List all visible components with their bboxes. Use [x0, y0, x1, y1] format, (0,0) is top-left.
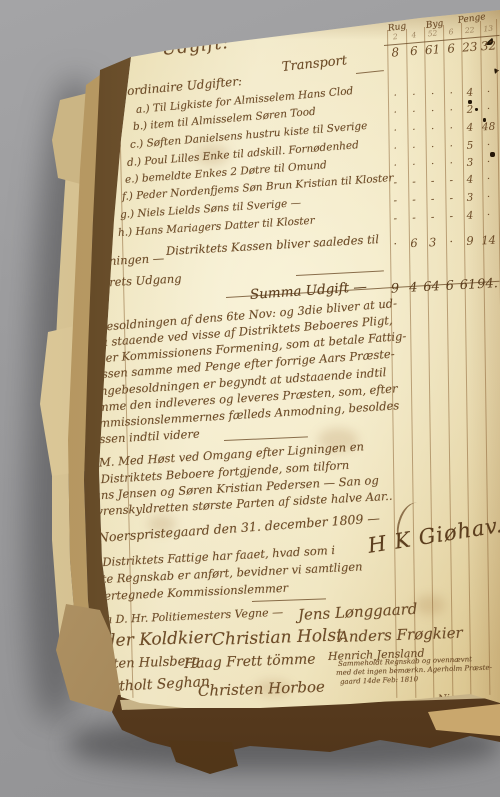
value-cell: 32	[479, 38, 499, 53]
value-cell: ·	[404, 89, 423, 102]
value-cell: -	[442, 210, 461, 223]
value-cell: ·	[479, 173, 498, 186]
value-cell: 4	[460, 209, 479, 222]
value-cell: 6	[440, 278, 459, 294]
value-cell: ·	[386, 142, 405, 155]
value-cell: ·	[386, 106, 405, 119]
value-cell: -	[423, 211, 442, 224]
value-cell: -	[386, 212, 405, 225]
value-cell: 23	[460, 40, 480, 55]
value-cell: ·	[479, 191, 498, 204]
value-cell: ·	[479, 156, 498, 169]
value-cell: ·	[442, 140, 461, 153]
value-cell: ·	[404, 106, 423, 119]
value-cell: ·	[404, 124, 423, 137]
value-cell: ·	[423, 123, 442, 136]
value-cell: 4	[460, 173, 479, 186]
value-cell: 9	[386, 281, 405, 297]
value-cell: ·	[479, 103, 498, 116]
value-cell: 4	[404, 280, 423, 296]
value-cell: -	[386, 194, 405, 207]
value-cell: -	[404, 176, 423, 189]
value-cell: 94.	[477, 276, 498, 292]
value-cell: ·	[404, 142, 423, 155]
value-cell: 8	[386, 45, 406, 60]
value-cell: -	[423, 193, 442, 206]
value-cell: 6	[404, 43, 424, 58]
value-cell: ·	[423, 141, 442, 154]
value-cell: ·	[442, 234, 461, 249]
value-cell: 61	[423, 42, 443, 57]
value-cell: ·	[442, 104, 461, 117]
value-cell: ·	[442, 87, 461, 100]
photo-of-ledger-page: Udgift: Transport Rug Byg Penge 24526221…	[0, 0, 500, 797]
value-cell: 5	[460, 139, 479, 152]
value-cell: ·	[479, 139, 498, 152]
value-cell: -	[442, 174, 461, 187]
value-cell: 52	[423, 28, 442, 39]
value-cell: ·	[423, 88, 442, 101]
value-cell: -	[442, 192, 461, 205]
value-cell: -	[404, 194, 423, 207]
value-cell: 61	[459, 277, 478, 293]
value-cell: 9	[460, 233, 479, 248]
value-cell: 4	[460, 121, 479, 134]
value-cell: 3	[460, 156, 479, 169]
value-cell: -	[423, 175, 442, 188]
value-cell: ·	[386, 159, 405, 172]
value-cell: 6	[441, 41, 461, 56]
value-cell: 3	[423, 235, 442, 250]
value-cell: 2	[386, 31, 405, 42]
value-cell: ·	[386, 236, 405, 251]
value-cell: ·	[479, 86, 498, 99]
value-cell: ·	[423, 105, 442, 118]
value-cell: 2	[460, 103, 479, 116]
value-cell: -	[404, 212, 423, 225]
value-cell: 64	[422, 279, 441, 295]
foxing-spot	[415, 595, 445, 615]
value-cell: 4	[460, 86, 479, 99]
value-cell: 4	[404, 30, 423, 41]
value-cell: ·	[404, 159, 423, 172]
value-cell: ·	[442, 122, 461, 135]
value-cell: 22	[460, 25, 479, 36]
value-cell: 6	[404, 236, 423, 251]
value-cell: 6	[441, 27, 460, 38]
value-cell: ·	[386, 124, 405, 137]
value-cell: 48	[479, 121, 498, 134]
value-cell: -	[386, 176, 405, 189]
value-cell: 13	[479, 23, 498, 34]
value-cell: ·	[442, 157, 461, 170]
value-cell: ·	[479, 209, 498, 222]
value-cell: ·	[423, 158, 442, 171]
value-cell: ·	[386, 89, 405, 102]
value-cell: 14	[479, 233, 498, 248]
value-cell: 3	[460, 191, 479, 204]
